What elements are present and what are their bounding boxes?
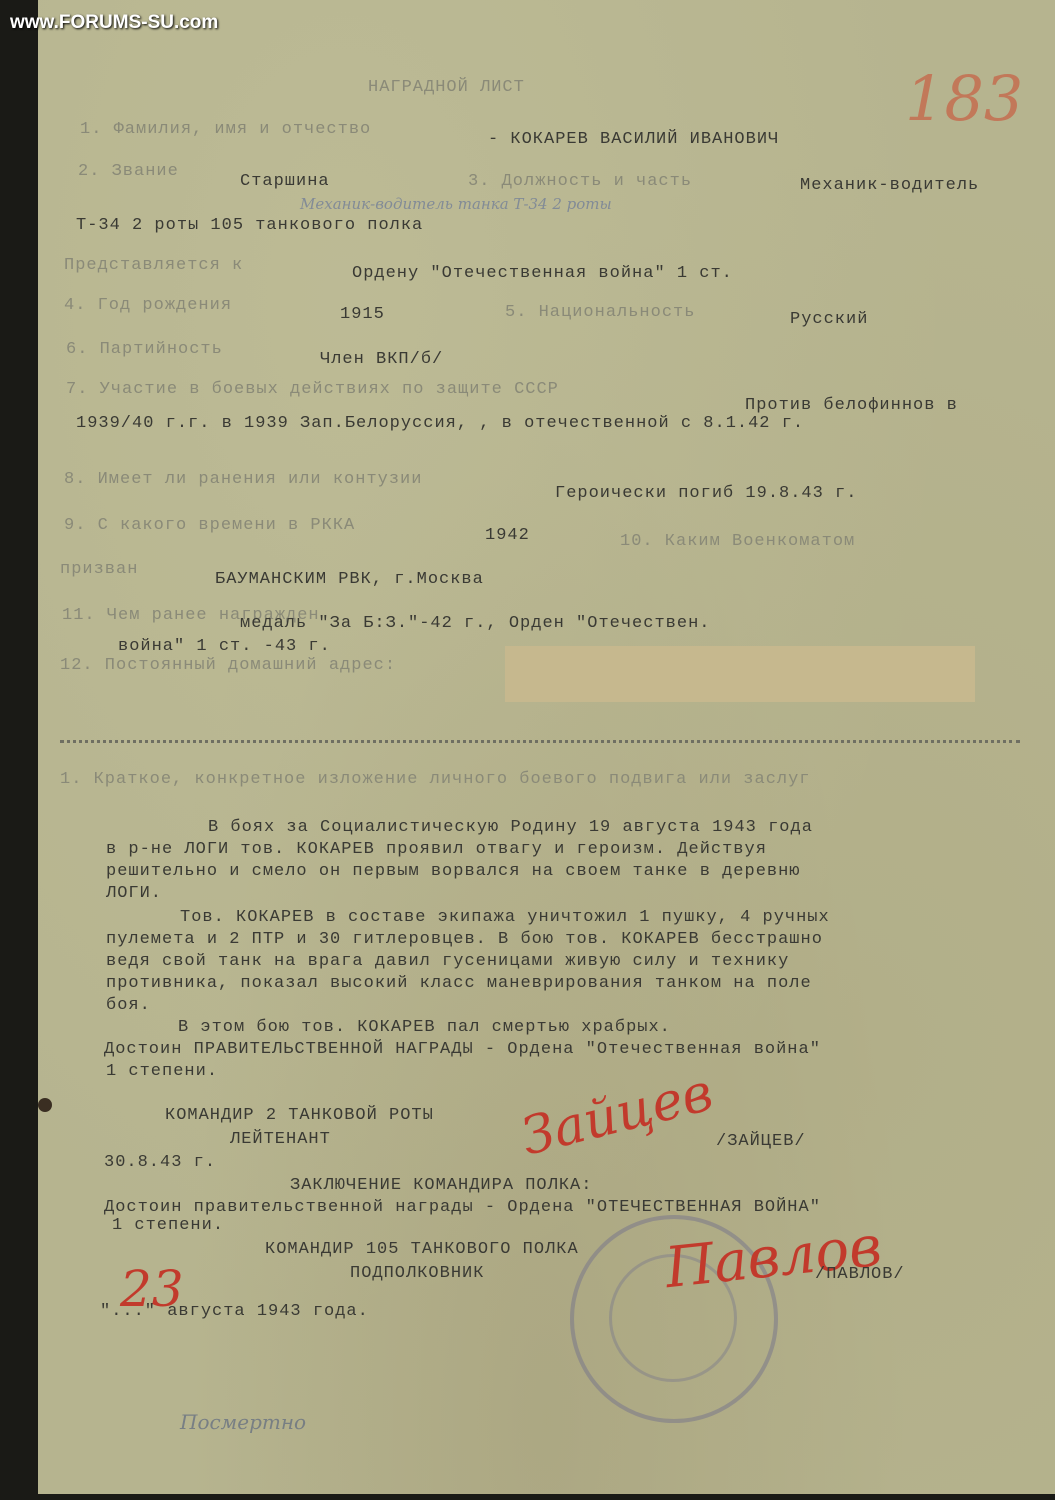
field-11-value: медаль "За Б:З."-42 г., Орден "Отечестве… <box>240 614 710 633</box>
company-commander-title: КОМАНДИР 2 ТАНКОВОЙ РОТЫ <box>165 1106 434 1125</box>
field-1-label: 1. Фамилия, имя и отчество <box>80 120 371 139</box>
field-4-label: 4. Год рождения <box>64 296 232 315</box>
company-commander-date: 30.8.43 г. <box>104 1153 216 1172</box>
punch-hole <box>38 1098 52 1112</box>
conclusion-line: Достоин правительственной награды - Орде… <box>104 1198 821 1217</box>
nominated-label: Представляется к <box>64 256 243 275</box>
conclusion-line: 1 степени. <box>112 1216 224 1235</box>
narrative-line: боя. <box>106 996 151 1015</box>
field-8-value: Героически погиб 19.8.43 г. <box>555 484 857 503</box>
field-9-value: 1942 <box>485 526 530 545</box>
regiment-commander-title: КОМАНДИР 105 ТАНКОВОГО ПОЛКА <box>265 1240 579 1259</box>
narrative-line: пулемета и 2 ПТР и 30 гитлеровцев. В бою… <box>106 930 823 949</box>
field-7-value: Против белофиннов в <box>745 396 958 415</box>
archive-number: 183 <box>905 62 1023 135</box>
field-3-value: Механик-водитель <box>800 176 979 195</box>
pencil-note: Посмертно <box>180 1410 306 1434</box>
redacted-address <box>505 646 975 702</box>
narrative-line: Тов. КОКАРЕВ в составе экипажа уничтожил… <box>180 908 830 927</box>
regiment-commander-name: /ПАВЛОВ/ <box>815 1265 905 1284</box>
field-10-label: 10. Каким Военкоматом <box>620 532 855 551</box>
field-5-value: Русский <box>790 310 868 329</box>
regiment-commander-date: "..." августа 1943 года. <box>100 1302 369 1321</box>
narrative-line: ведя свой танк на врага давил гусеницами… <box>106 952 789 971</box>
field-3-label: 3. Должность и часть <box>468 172 692 191</box>
field-9-label: 9. С какого времени в РККА <box>64 516 355 535</box>
field-4-value: 1915 <box>340 305 385 324</box>
narrative-line: В этом бою тов. КОКАРЕВ пал смертью храб… <box>178 1018 671 1037</box>
field-7-label: 7. Участие в боевых действиях по защите … <box>66 380 559 399</box>
narrative-line: ЛОГИ. <box>106 884 162 903</box>
narrative-line: решительно и смело он первым ворвался на… <box>106 862 801 881</box>
narrative-line: 1 степени. <box>106 1062 218 1081</box>
company-commander-name: /ЗАЙЦЕВ/ <box>716 1132 806 1151</box>
company-commander-rank: ЛЕЙТЕНАНТ <box>230 1130 331 1149</box>
narrative-line: В боях за Социалистическую Родину 19 авг… <box>208 818 813 837</box>
field-3-value-cont: Т-34 2 роты 105 танкового полка <box>76 216 423 235</box>
field-2-label: 2. Звание <box>78 162 179 181</box>
divider <box>60 740 1020 743</box>
document-title: НАГРАДНОЙ ЛИСТ <box>368 78 525 97</box>
handwritten-note-1: Механик-водитель танка Т-34 2 роты <box>300 195 612 213</box>
field-10-label-cont: призван <box>60 560 138 579</box>
narrative-line: Достоин ПРАВИТЕЛЬСТВЕННОЙ НАГРАДЫ - Орде… <box>104 1040 821 1059</box>
conclusion-heading: ЗАКЛЮЧЕНИЕ КОМАНДИРА ПОЛКА: <box>290 1176 592 1195</box>
nominated-value: Ордену "Отечественная война" 1 ст. <box>352 264 733 283</box>
field-10-value: БАУМАНСКИМ РВК, г.Москва <box>215 570 484 589</box>
regiment-commander-rank: ПОДПОЛКОВНИК <box>350 1264 484 1283</box>
field-5-label: 5. Национальность <box>505 303 695 322</box>
section-heading: 1. Краткое, конкретное изложение личного… <box>60 770 811 789</box>
watermark: www.FORUMS-SU.com <box>10 12 218 34</box>
field-6-label: 6. Партийность <box>66 340 223 359</box>
field-6-value: Член ВКП/б/ <box>320 350 443 369</box>
field-7-value-cont: 1939/40 г.г. в 1939 Зап.Белоруссия, , в … <box>76 414 804 433</box>
field-8-label: 8. Имеет ли ранения или контузии <box>64 470 422 489</box>
narrative-line: противника, показал высокий класс маневр… <box>106 974 812 993</box>
field-11-value-cont: война" 1 ст. -43 г. <box>118 637 331 656</box>
field-2-value: Старшина <box>240 172 330 191</box>
field-12-label: 12. Постоянный домашний адрес: <box>60 656 396 675</box>
narrative-line: в р-не ЛОГИ тов. КОКАРЕВ проявил отвагу … <box>106 840 767 859</box>
field-1-value: - КОКАРЕВ ВАСИЛИЙ ИВАНОВИЧ <box>488 130 779 149</box>
